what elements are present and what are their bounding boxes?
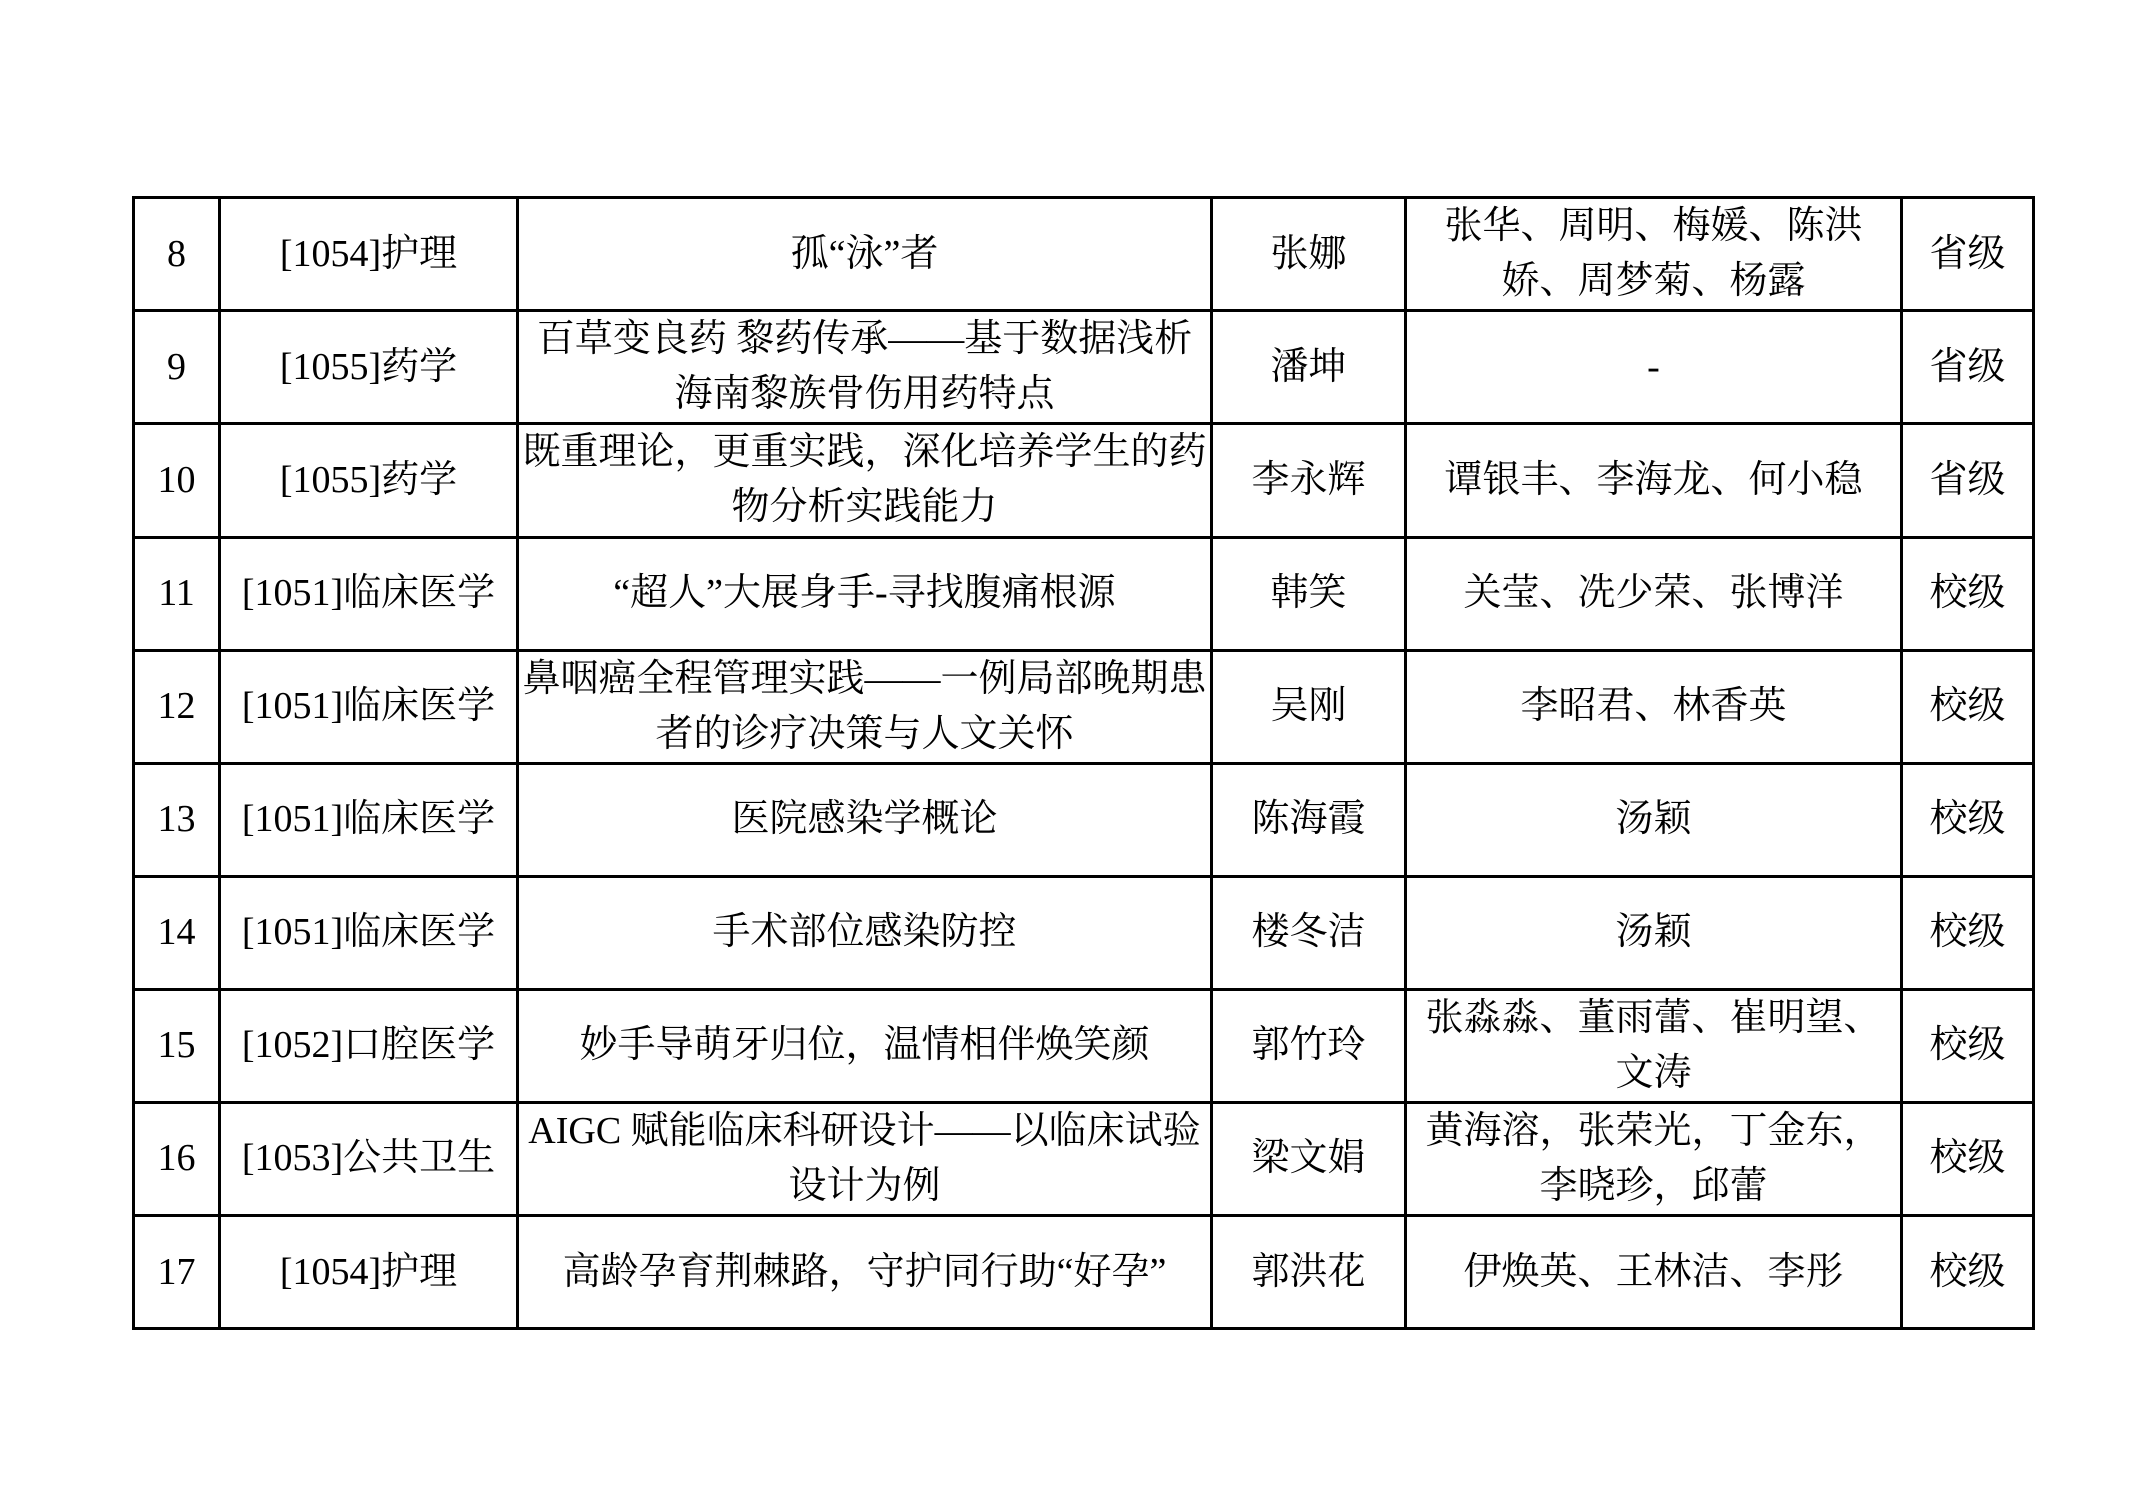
category-cell: [1051]临床医学 [220, 763, 518, 876]
awards-table: 8 [1054]护理 孤“泳”者 张娜 张华、周明、梅媛、陈洪娇、周梦菊、杨露 … [132, 196, 2035, 1330]
leader-cell: 李永辉 [1212, 424, 1406, 537]
seq-cell: 12 [134, 650, 220, 763]
title-cell: 鼻咽癌全程管理实践——一例局部晚期患者的诊疗决策与人文关怀 [518, 650, 1212, 763]
seq-cell: 17 [134, 1216, 220, 1329]
level-cell: 校级 [1902, 763, 2034, 876]
leader-cell: 吴刚 [1212, 650, 1406, 763]
seq-cell: 8 [134, 198, 220, 311]
table-row: 8 [1054]护理 孤“泳”者 张娜 张华、周明、梅媛、陈洪娇、周梦菊、杨露 … [134, 198, 2034, 311]
leader-cell: 张娜 [1212, 198, 1406, 311]
members-cell: - [1406, 311, 1902, 424]
category-cell: [1053]公共卫生 [220, 1102, 518, 1215]
leader-cell: 楼冬洁 [1212, 876, 1406, 989]
level-cell: 校级 [1902, 876, 2034, 989]
level-cell: 校级 [1902, 989, 2034, 1102]
category-cell: [1051]临床医学 [220, 876, 518, 989]
level-cell: 校级 [1902, 537, 2034, 650]
members-cell: 伊焕英、王林洁、李彤 [1406, 1216, 1902, 1329]
title-cell: 孤“泳”者 [518, 198, 1212, 311]
table-row: 11 [1051]临床医学 “超人”大展身手-寻找腹痛根源 韩笑 关莹、冼少荣、… [134, 537, 2034, 650]
members-cell: 关莹、冼少荣、张博洋 [1406, 537, 1902, 650]
table-row: 9 [1055]药学 百草变良药 黎药传承——基于数据浅析海南黎族骨伤用药特点 … [134, 311, 2034, 424]
title-cell: 百草变良药 黎药传承——基于数据浅析海南黎族骨伤用药特点 [518, 311, 1212, 424]
leader-cell: 陈海霞 [1212, 763, 1406, 876]
members-cell: 张华、周明、梅媛、陈洪娇、周梦菊、杨露 [1406, 198, 1902, 311]
table-row: 17 [1054]护理 高龄孕育荆棘路，守护同行助“好孕” 郭洪花 伊焕英、王林… [134, 1216, 2034, 1329]
table-row: 12 [1051]临床医学 鼻咽癌全程管理实践——一例局部晚期患者的诊疗决策与人… [134, 650, 2034, 763]
seq-cell: 10 [134, 424, 220, 537]
title-cell: AIGC 赋能临床科研设计——以临床试验设计为例 [518, 1102, 1212, 1215]
title-cell: 手术部位感染防控 [518, 876, 1212, 989]
table-row: 13 [1051]临床医学 医院感染学概论 陈海霞 汤颖 校级 [134, 763, 2034, 876]
level-cell: 省级 [1902, 311, 2034, 424]
level-cell: 省级 [1902, 198, 2034, 311]
category-cell: [1052]口腔医学 [220, 989, 518, 1102]
leader-cell: 郭竹玲 [1212, 989, 1406, 1102]
leader-cell: 潘坤 [1212, 311, 1406, 424]
category-cell: [1051]临床医学 [220, 650, 518, 763]
category-cell: [1055]药学 [220, 311, 518, 424]
category-cell: [1054]护理 [220, 1216, 518, 1329]
members-cell: 汤颖 [1406, 876, 1902, 989]
title-cell: 医院感染学概论 [518, 763, 1212, 876]
leader-cell: 韩笑 [1212, 537, 1406, 650]
seq-cell: 13 [134, 763, 220, 876]
table-row: 10 [1055]药学 既重理论，更重实践，深化培养学生的药物分析实践能力 李永… [134, 424, 2034, 537]
title-cell: 妙手导萌牙归位，温情相伴焕笑颜 [518, 989, 1212, 1102]
table-row: 15 [1052]口腔医学 妙手导萌牙归位，温情相伴焕笑颜 郭竹玲 张淼淼、董雨… [134, 989, 2034, 1102]
seq-cell: 15 [134, 989, 220, 1102]
members-cell: 谭银丰、李海龙、何小稳 [1406, 424, 1902, 537]
members-cell: 李昭君、林香英 [1406, 650, 1902, 763]
table-row: 16 [1053]公共卫生 AIGC 赋能临床科研设计——以临床试验设计为例 梁… [134, 1102, 2034, 1215]
seq-cell: 11 [134, 537, 220, 650]
leader-cell: 郭洪花 [1212, 1216, 1406, 1329]
level-cell: 校级 [1902, 650, 2034, 763]
level-cell: 校级 [1902, 1102, 2034, 1215]
table-row: 14 [1051]临床医学 手术部位感染防控 楼冬洁 汤颖 校级 [134, 876, 2034, 989]
seq-cell: 16 [134, 1102, 220, 1215]
seq-cell: 9 [134, 311, 220, 424]
members-cell: 张淼淼、董雨蕾、崔明望、文涛 [1406, 989, 1902, 1102]
title-cell: “超人”大展身手-寻找腹痛根源 [518, 537, 1212, 650]
category-cell: [1055]药学 [220, 424, 518, 537]
members-cell: 汤颖 [1406, 763, 1902, 876]
level-cell: 校级 [1902, 1216, 2034, 1329]
title-cell: 高龄孕育荆棘路，守护同行助“好孕” [518, 1216, 1212, 1329]
seq-cell: 14 [134, 876, 220, 989]
category-cell: [1054]护理 [220, 198, 518, 311]
title-cell: 既重理论，更重实践，深化培养学生的药物分析实践能力 [518, 424, 1212, 537]
members-cell: 黄海溶，张荣光，丁金东，李晓珍，邱蕾 [1406, 1102, 1902, 1215]
category-cell: [1051]临床医学 [220, 537, 518, 650]
leader-cell: 梁文娟 [1212, 1102, 1406, 1215]
level-cell: 省级 [1902, 424, 2034, 537]
